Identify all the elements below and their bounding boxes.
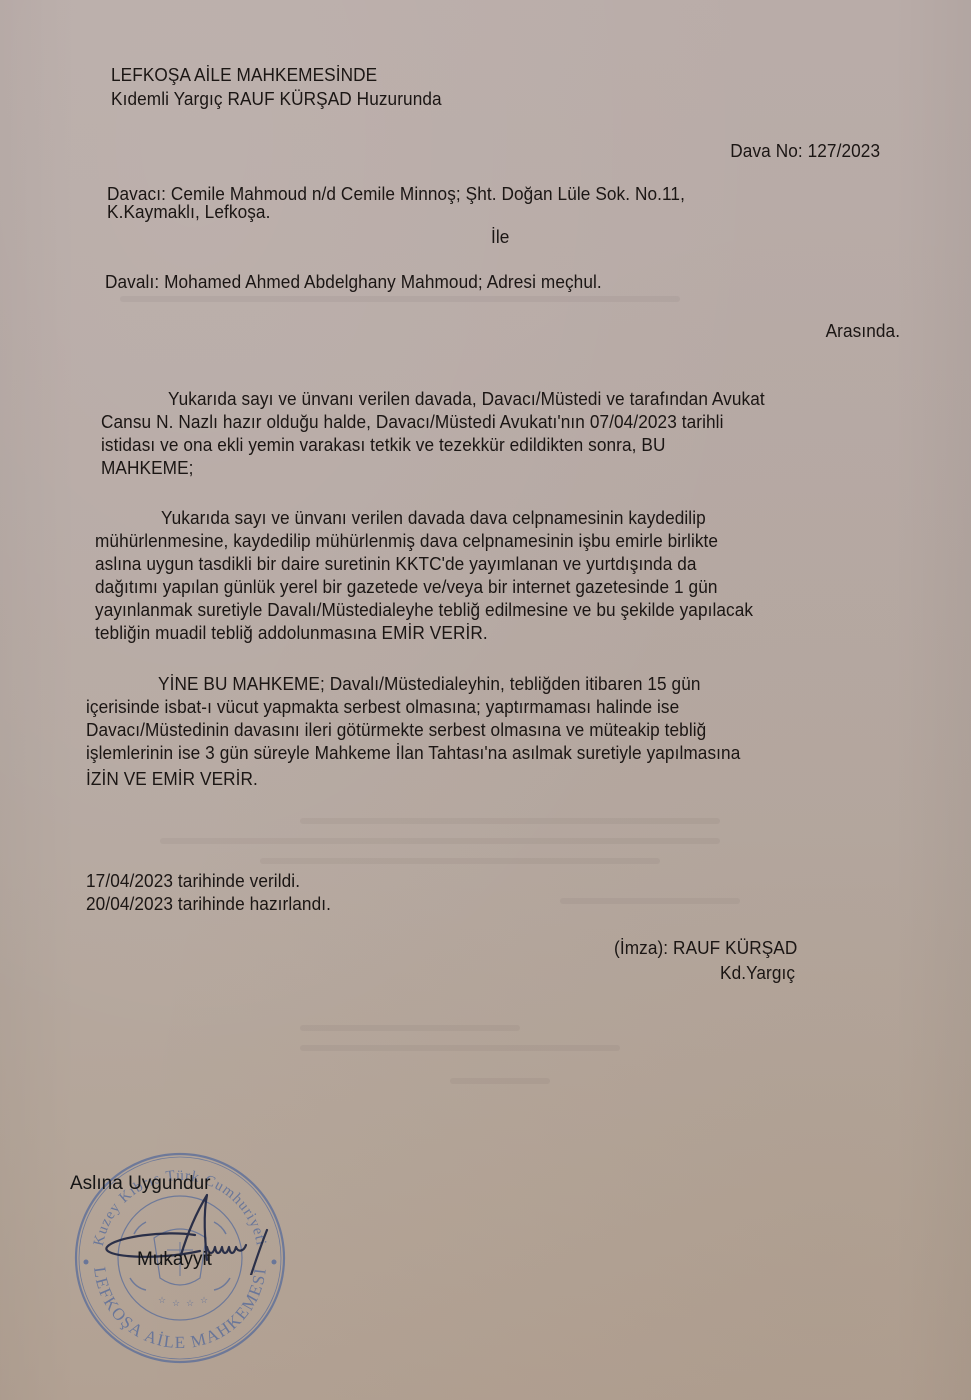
court-name: LEFKOŞA AİLE MAHKEMESİNDE: [111, 64, 377, 86]
paragraph-line: işlemlerinin ise 3 gün süreyle Mahkeme İ…: [86, 742, 740, 764]
bleed-through-mark: [560, 898, 740, 904]
bleed-through-mark: [120, 296, 680, 302]
paragraph-line: Davacı/Müstedinin davasını ileri götürme…: [86, 719, 706, 741]
bleed-through-mark: [300, 818, 720, 824]
paragraph-line: dağıtımı yapılan günlük yerel bir gazete…: [95, 576, 718, 598]
paragraph-line: yayınlanmak suretiyle Davalı/Müstedialey…: [95, 599, 753, 621]
certified-copy-label: Aslına Uygundur: [70, 1173, 210, 1195]
plaintiff-line-2: K.Kaymaklı, Lefkoşa.: [107, 201, 270, 223]
conjunction: İle: [491, 226, 509, 248]
svg-text:☆: ☆: [172, 1298, 180, 1308]
judge-line: Kıdemli Yargıç RAUF KÜRŞAD Huzurunda: [111, 88, 442, 110]
between: Arasında.: [826, 320, 900, 342]
paragraph-line: Yukarıda sayı ve ünvanı verilen davada, …: [168, 388, 765, 410]
paragraph-line: YİNE BU MAHKEME; Davalı/Müstedialeyhin, …: [158, 673, 701, 695]
paragraph-line: Cansu N. Nazlı hazır olduğu halde, Davac…: [101, 411, 724, 433]
paragraph-line: MAHKEME;: [101, 457, 194, 479]
paragraph-line: istidası ve ona ekli yemin varakası tetk…: [101, 434, 665, 456]
bleed-through-mark: [160, 838, 720, 844]
bleed-through-mark: [260, 858, 660, 864]
bleed-through-mark: [300, 1045, 620, 1051]
registrar-role: Mukayyit: [137, 1249, 212, 1271]
judge-title: Kd.Yargıç: [720, 962, 795, 984]
paragraph-line: İZİN VE EMİR VERİR.: [86, 768, 258, 790]
paragraph-line: mühürlenmesine, kaydedilip mühürlenmiş d…: [95, 530, 718, 552]
paragraph-line: aslına uygun tasdikli bir daire suretini…: [95, 553, 697, 575]
bleed-through-mark: [450, 1078, 550, 1084]
issued-date: 17/04/2023 tarihinde verildi.: [86, 870, 300, 892]
svg-text:☆: ☆: [200, 1295, 208, 1305]
prepared-date: 20/04/2023 tarihinde hazırlandı.: [86, 893, 331, 915]
svg-text:LEFKOŞA AİLE MAHKEMESİ: LEFKOŞA AİLE MAHKEMESİ: [90, 1266, 270, 1352]
paragraph-line: Yukarıda sayı ve ünvanı verilen davada d…: [161, 507, 706, 529]
paragraph-line: içerisinde isbat-ı vücut yapmakta serbes…: [86, 696, 679, 718]
bleed-through-mark: [300, 1025, 520, 1031]
paragraph-line: tebliğin muadil tebliğ addolunmasına EMİ…: [95, 622, 488, 644]
judge-signature: (İmza): RAUF KÜRŞAD: [614, 937, 797, 959]
svg-text:☆: ☆: [186, 1298, 194, 1308]
case-number: Dava No: 127/2023: [730, 140, 880, 162]
defendant: Davalı: Mohamed Ahmed Abdelghany Mahmoud…: [105, 271, 602, 293]
svg-text:☆: ☆: [158, 1295, 166, 1305]
